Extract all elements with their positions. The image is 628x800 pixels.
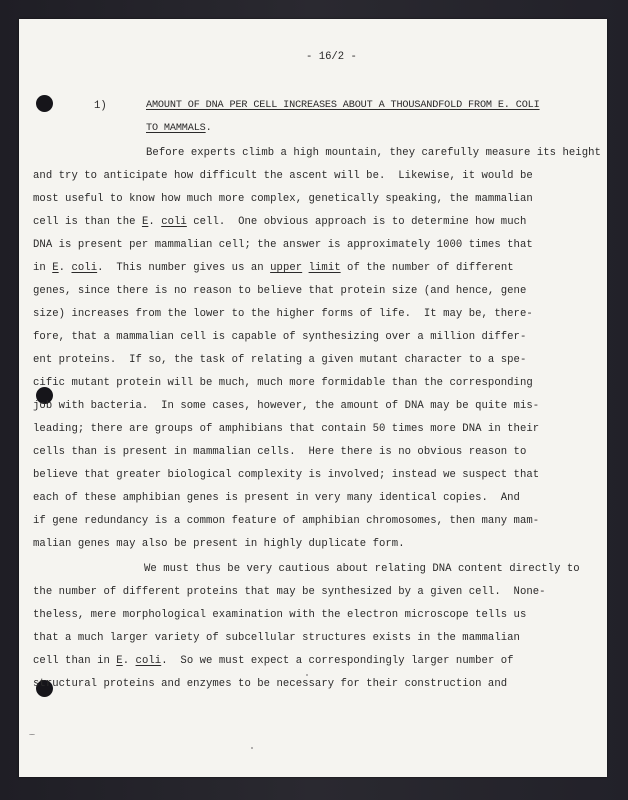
paragraph-2-line-2: the number of different proteins that ma… bbox=[33, 586, 546, 598]
underlined-limit: limit bbox=[309, 262, 341, 274]
paper-speck bbox=[306, 674, 308, 676]
paragraph-2-line-1: We must thus be very cautious about rela… bbox=[144, 563, 580, 575]
paragraph-1-line-13: leading; there are groups of amphibians … bbox=[33, 423, 539, 435]
paper-speck bbox=[251, 747, 253, 749]
paper-mark bbox=[29, 734, 35, 735]
underlined-species: coli bbox=[136, 655, 162, 667]
paragraph-1-line-9: fore, that a mammalian cell is capable o… bbox=[33, 331, 526, 343]
paragraph-2-line-3: theless, mere morphological examination … bbox=[33, 609, 526, 621]
paragraph-1-line-10: ent proteins. If so, the task of relatin… bbox=[33, 354, 526, 366]
paragraph-1-line-11: cific mutant protein will be much, much … bbox=[33, 377, 533, 389]
page-number: - 16/2 - bbox=[306, 51, 357, 63]
paragraph-1-line-17: if gene redundancy is a common feature o… bbox=[33, 515, 539, 527]
underlined-species: coli bbox=[71, 262, 97, 274]
paragraph-1-line-3: most useful to know how much more comple… bbox=[33, 193, 533, 205]
paragraph-1-line-8: size) increases from the lower to the hi… bbox=[33, 308, 533, 320]
section-number: 1) bbox=[94, 100, 107, 112]
paragraph-2-line-4: that a much larger variety of subcellula… bbox=[33, 632, 520, 644]
paragraph-1-line-1: Before experts climb a high mountain, th… bbox=[146, 147, 601, 159]
section-heading-line-1: AMOUNT OF DNA PER CELL INCREASES ABOUT A… bbox=[146, 100, 540, 111]
typed-page: - 16/2 - 1) AMOUNT OF DNA PER CELL INCRE… bbox=[19, 19, 607, 777]
paragraph-1-line-2: and try to anticipate how difficult the … bbox=[33, 170, 533, 182]
body-text: Before experts climb a high mountain, th… bbox=[19, 19, 45, 367]
section-heading-line-2: TO MAMMALS. bbox=[146, 123, 212, 134]
paragraph-1-line-6: in E. coli. This number gives us an uppe… bbox=[33, 262, 514, 274]
heading-underlined-text: TO MAMMALS bbox=[146, 123, 206, 134]
paragraph-2-line-5: cell than in E. coli. So we must expect … bbox=[33, 655, 514, 667]
paragraph-1-line-5: DNA is present per mammalian cell; the a… bbox=[33, 239, 533, 251]
paragraph-1-line-14: cells than is present in mammalian cells… bbox=[33, 446, 526, 458]
paragraph-1-line-4: cell is than the E. coli cell. One obvio… bbox=[33, 216, 526, 228]
paragraph-2-line-6: structural proteins and enzymes to be ne… bbox=[33, 678, 507, 690]
paragraph-1-line-7: genes, since there is no reason to belie… bbox=[33, 285, 526, 297]
paragraph-1-line-16: each of these amphibian genes is present… bbox=[33, 492, 520, 504]
underlined-upper: upper bbox=[270, 262, 302, 274]
heading-period: . bbox=[206, 123, 212, 134]
underlined-species: coli bbox=[161, 216, 187, 228]
paragraph-1-line-18: malian genes may also be present in high… bbox=[33, 538, 405, 550]
paragraph-1-line-15: believe that greater biological complexi… bbox=[33, 469, 539, 481]
paragraph-1-line-12: job with bacteria. In some cases, howeve… bbox=[33, 400, 539, 412]
